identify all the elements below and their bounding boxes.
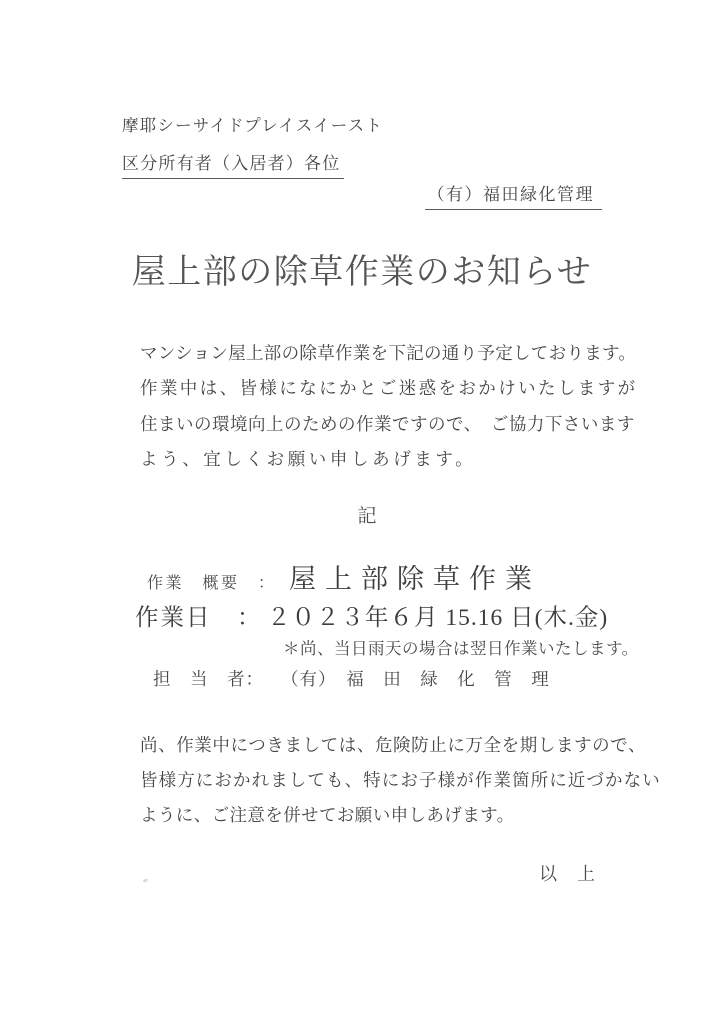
intro-paragraph: マンション屋上部の除草作業を下記の通り予定しております。 作業中は、皆様になにか… [140,336,638,477]
recipient-line: 区分所有者（入居者）各位 [122,149,344,179]
intro-line: マンション屋上部の除草作業を下記の通り予定しております。 [140,336,638,371]
work-summary-label: 作業 概要 ： [147,570,277,593]
intro-line: 作業中は、皆様になにかとご迷惑をおかけいたしますが [140,371,638,406]
staff-label: 担 当 者： [153,666,264,691]
staff-value: （有） 福 田 緑 化 管 理 [281,666,550,691]
caution-line: 皆様方におかれましても、特にお子様が作業箇所に近づかない [140,763,661,798]
closing-mark: 以 上 [539,860,596,886]
caution-paragraph: 尚、作業中につきましては、危険防止に万全を期しますので、 皆様方におかれましても… [140,728,661,834]
building-name: 摩耶シーサイドプレイスイースト [122,112,383,136]
caution-line: 尚、作業中につきましては、危険防止に万全を期しますので、 [140,728,661,763]
intro-line: よう、宜しくお願い申しあげます。 [140,442,638,477]
work-date-label: 作業日 ： [135,598,263,632]
notice-title: 屋上部の除草作業のお知らせ [0,244,724,293]
notice-document-page: 摩耶シーサイドプレイスイースト 区分所有者（入居者）各位 （有）福田緑化管理 屋… [0,0,724,1024]
work-summary-value: 屋上部除草作業 [289,557,541,596]
work-date-value: ２０２３年６月 15.16 日(木.金) [267,598,608,632]
sender-company-line: （有）福田緑化管理 [425,180,603,210]
intro-line: 住まいの環境向上のための作業ですので、 ご協力下さいます [140,407,638,442]
scan-speck [143,878,149,883]
rain-note: ＊尚、当日雨天の場合は翌日作業いたします。 [283,635,639,659]
caution-line: ように、ご注意を併せてお願い申しあげます。 [140,798,661,833]
record-heading: 記 [122,501,614,528]
